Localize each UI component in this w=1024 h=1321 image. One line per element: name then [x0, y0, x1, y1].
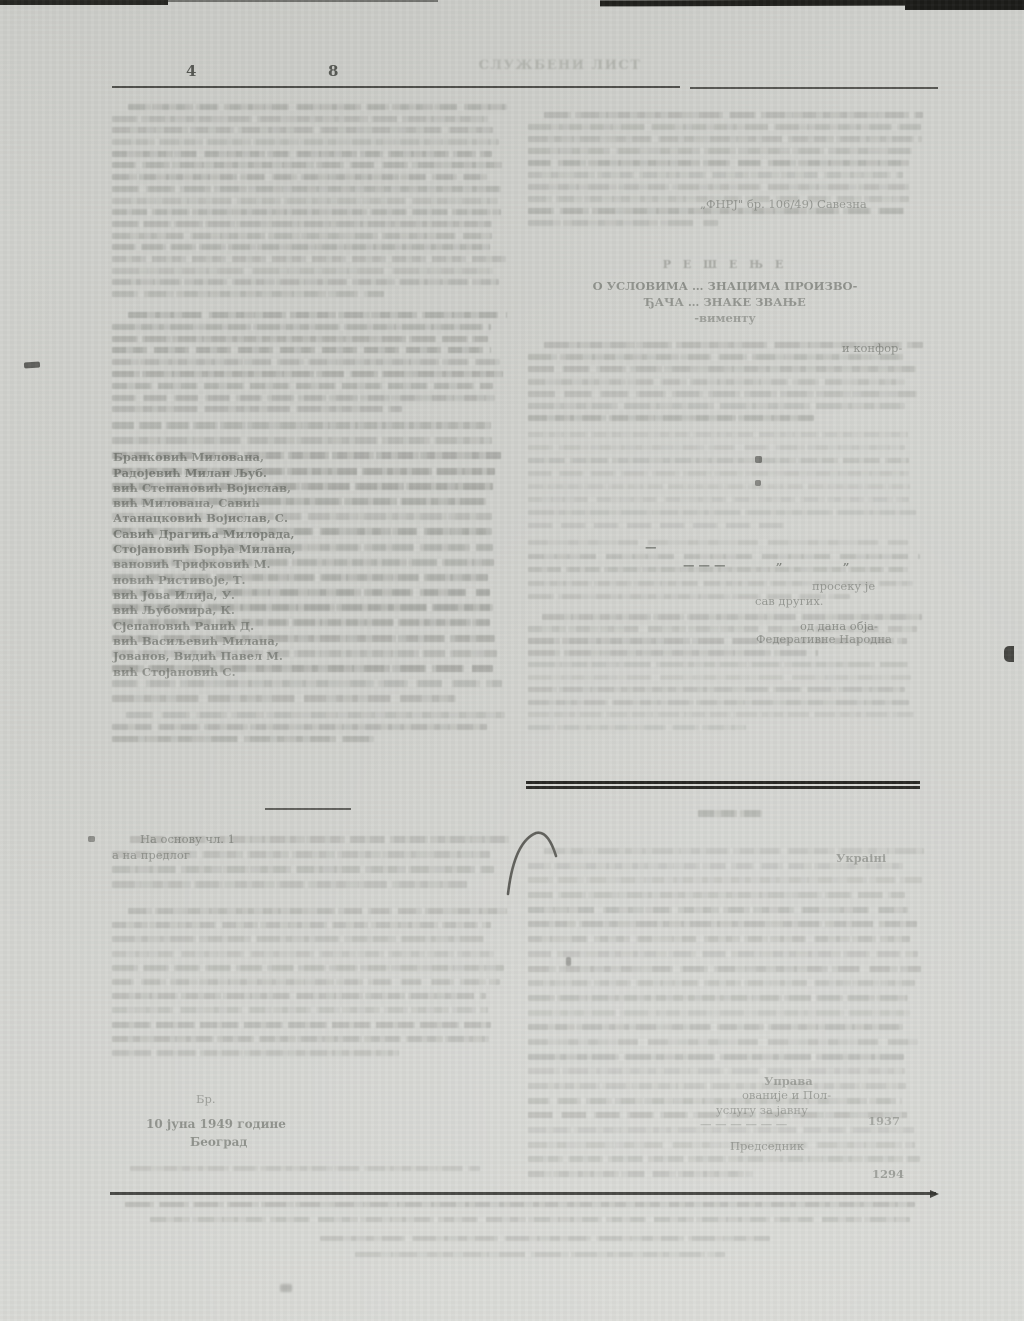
quote-mark: „	[776, 556, 783, 568]
faded-text-line	[112, 437, 492, 444]
faded-text-line	[698, 810, 762, 817]
decision-heading-line: ЂАЧА … ЗНАКЕ ЗВАЊЕ	[528, 297, 922, 309]
faded-text-line	[112, 116, 488, 122]
decision-heading-line: -вименту	[528, 313, 922, 325]
faded-text-line	[528, 687, 905, 692]
faded-text-line	[528, 951, 918, 957]
faded-text-line	[112, 422, 491, 429]
faded-text-line	[528, 936, 910, 942]
name-entry: вић Стојановић С.	[113, 667, 236, 679]
faded-text-line	[112, 256, 506, 262]
faded-text-line	[528, 1171, 753, 1177]
faded-text-line	[112, 244, 490, 250]
faded-text-line	[112, 951, 494, 957]
scan-edge-artifact	[168, 0, 438, 2]
faded-text-line	[528, 445, 905, 450]
faded-text-line	[528, 980, 915, 986]
faded-text-line	[112, 127, 493, 133]
text-fragment: сав других.	[755, 596, 823, 608]
faded-text-line	[528, 184, 911, 190]
faded-text-line	[528, 379, 905, 385]
faded-text-line	[528, 650, 818, 656]
dash-mark: —	[645, 542, 657, 554]
faded-text-line	[112, 881, 467, 888]
dot-leaders: — — — — — —	[700, 1119, 787, 1131]
faded-text-line	[112, 359, 500, 365]
law-reference: „ФНРЈ" бр. 106/49) Савезна	[700, 199, 867, 211]
header-rule	[690, 87, 938, 89]
scan-edge-artifact	[0, 0, 168, 5]
faded-paragraph	[112, 312, 506, 412]
faded-line-block	[130, 1166, 480, 1171]
faded-text-line	[528, 877, 922, 883]
text-fragment: Председник	[730, 1141, 804, 1153]
name-entry: Атанацковић Војислав, С.	[113, 513, 288, 525]
faded-text-line	[528, 354, 905, 360]
faded-text-line	[528, 136, 922, 142]
name-entry: новић Ристивоје, Т.	[113, 575, 246, 587]
faded-text-line	[125, 1202, 915, 1207]
date-line: 10 јуна 1949 године	[146, 1118, 286, 1130]
faded-text-line	[112, 406, 402, 412]
faded-text-line	[528, 966, 921, 972]
name-entry: вић Љубомира, К.	[113, 605, 235, 617]
dash-marks: — — —	[683, 560, 726, 572]
margin-mark	[24, 361, 40, 368]
faded-text-line	[528, 523, 792, 528]
faded-text-line	[112, 680, 502, 687]
faded-text-line	[528, 1156, 920, 1162]
faded-text-line	[112, 695, 456, 702]
faded-text-line	[112, 1007, 488, 1013]
header-rule	[112, 86, 680, 88]
name-entry: вић Милована, Савић	[113, 498, 260, 510]
text-fragment: Управа	[764, 1076, 813, 1088]
name-entry: Бранковић Милована,	[113, 452, 264, 464]
faded-text-line	[112, 371, 503, 377]
faded-text-line	[355, 1252, 725, 1257]
faded-text-line	[528, 148, 914, 154]
faded-text-line	[112, 291, 384, 297]
scan-edge-artifact	[905, 0, 1024, 10]
name-entry: Стојановић Борђа Милана,	[113, 544, 295, 556]
faded-text-line	[112, 233, 492, 239]
ink-speck	[280, 1284, 292, 1292]
faded-text-line	[528, 1024, 905, 1030]
faded-text-line	[528, 124, 921, 130]
faded-text-line	[528, 725, 746, 730]
faded-text-line	[112, 209, 501, 215]
faded-text-line	[112, 866, 494, 873]
faded-text-line	[528, 471, 909, 476]
faded-text-line	[320, 1236, 770, 1241]
faded-text-line	[112, 336, 488, 342]
faded-text-line	[112, 1036, 489, 1042]
faded-text-line	[112, 268, 493, 274]
faded-text-line	[528, 220, 718, 226]
faded-text-line	[112, 993, 486, 999]
text-fragment: Федеративне Народна	[756, 634, 892, 646]
faded-text-line	[528, 160, 909, 166]
faded-text-line	[544, 112, 923, 118]
text-fragment: Украіні	[836, 853, 886, 865]
faded-text-line	[112, 383, 493, 389]
text-fragment: од дана обја-	[800, 621, 878, 633]
faded-text-line	[528, 484, 910, 489]
footer-imprint-smudge	[150, 1217, 910, 1222]
faded-text-line	[528, 415, 814, 421]
faded-text-line	[528, 432, 908, 437]
page-reference: 1294	[872, 1169, 904, 1181]
faded-paragraph	[112, 908, 506, 1056]
place-line: Београд	[190, 1136, 247, 1148]
faded-text-line	[112, 186, 501, 192]
text-fragment: просеку је	[812, 581, 875, 593]
decision-heading-line: О УСЛОВИМА … ЗНАЦИМА ПРОИЗВО-	[528, 281, 922, 293]
scanned-gazette-page: 4 8 СЛУЖБЕНИ ЛИСТ Бранковић Милована, Ра…	[0, 0, 1024, 1321]
name-entry: Јованов, Видић Павел М.	[113, 651, 283, 663]
faded-text-line	[528, 1142, 915, 1148]
faded-text-line	[128, 104, 507, 110]
gazette-title: СЛУЖБЕНИ ЛИСТ	[455, 58, 665, 73]
footer-imprint-smudge	[355, 1252, 725, 1257]
faded-text-line	[528, 921, 917, 927]
faded-text-line	[128, 312, 507, 318]
faded-text-line	[528, 540, 908, 545]
faded-text-line	[112, 279, 499, 285]
faded-text-line	[112, 724, 487, 730]
page-reference: 1937	[868, 1116, 900, 1128]
faded-text-line	[528, 391, 917, 397]
faded-text-line	[528, 1068, 905, 1074]
double-rule	[526, 781, 920, 791]
basis-fragment: а на предлог	[112, 850, 190, 862]
faded-text-line	[130, 1166, 480, 1171]
faded-text-line	[528, 907, 908, 913]
text-fragment: ованије и Пол-	[742, 1090, 831, 1102]
faded-paragraph	[112, 712, 506, 742]
footer-rule	[110, 1192, 936, 1195]
page-number-right: 8	[328, 62, 338, 80]
faded-text-line	[112, 922, 491, 928]
page-number-left: 4	[186, 62, 196, 80]
scan-edge-artifact	[600, 0, 930, 6]
paragraph-fragment: и конфор-	[842, 343, 902, 355]
faded-text-line	[528, 1010, 910, 1016]
text-fragment: услугу за јавну	[716, 1105, 808, 1117]
faded-paragraph	[112, 104, 506, 297]
faded-text-line	[528, 458, 909, 463]
faded-text-line	[528, 172, 903, 178]
faded-text-line	[112, 395, 495, 401]
faded-text-line	[528, 366, 916, 372]
name-entry: вић Васиљевић Милана,	[113, 636, 279, 648]
footer-imprint-smudge	[320, 1236, 770, 1241]
name-entry: вић Јова Илија, У.	[113, 590, 235, 602]
faded-text-line	[528, 995, 908, 1001]
name-entry: Радојевић Милан Љуб.	[113, 468, 267, 480]
faded-text-line	[528, 1039, 918, 1045]
faded-text-line	[150, 1217, 910, 1222]
faded-text-line	[112, 979, 500, 985]
faded-text-line	[528, 403, 905, 409]
name-entry: вић Степановић Војислав,	[113, 483, 291, 495]
ink-speck	[755, 480, 761, 486]
faded-text-line	[528, 497, 909, 502]
faded-text-line	[112, 139, 499, 145]
name-entry: Савић Драгиња Милорада,	[113, 529, 295, 541]
faded-text-line	[112, 1022, 491, 1028]
faded-text-line	[112, 198, 498, 204]
faded-text-line	[112, 162, 502, 168]
faded-text-line	[528, 662, 908, 667]
small-center-rule	[265, 808, 351, 810]
faded-paragraph	[528, 662, 922, 730]
faded-text-line	[528, 1054, 904, 1060]
document-number: Бр.	[196, 1094, 215, 1106]
faded-paragraph	[528, 432, 922, 528]
faded-text-line	[112, 174, 487, 180]
faded-text-line	[112, 965, 504, 971]
faded-text-line	[528, 675, 911, 680]
faded-text-line	[528, 700, 909, 705]
faded-text-line	[112, 221, 492, 227]
faded-text-line	[528, 712, 914, 717]
faded-text-line	[112, 736, 374, 742]
section-word: Р Е Ш Е Њ Е	[528, 258, 922, 271]
edge-blob	[1004, 646, 1014, 662]
footer-imprint-smudge	[125, 1202, 915, 1207]
faded-text-line	[112, 324, 491, 330]
faded-text-line	[126, 712, 505, 718]
faded-text-line	[112, 347, 491, 353]
faded-text-line	[528, 892, 905, 898]
faded-text-line	[112, 936, 487, 942]
faded-text-line	[528, 510, 916, 515]
ink-speck	[566, 957, 571, 966]
quote-mark: „	[843, 556, 850, 568]
ink-speck	[755, 456, 762, 463]
faded-text-line	[528, 1083, 906, 1089]
faded-text-line	[112, 151, 492, 157]
ink-speck	[88, 836, 95, 842]
name-entry: Сјепановић Ранић Д.	[113, 621, 254, 633]
faded-heading-smudge	[698, 810, 762, 817]
footer-rule-tip	[930, 1190, 939, 1198]
faded-text-line	[128, 908, 507, 914]
basis-fragment: На основу чл. 1	[140, 834, 235, 846]
faded-text-line	[112, 1050, 399, 1056]
name-entry: вановић Трифковић М.	[113, 559, 271, 571]
